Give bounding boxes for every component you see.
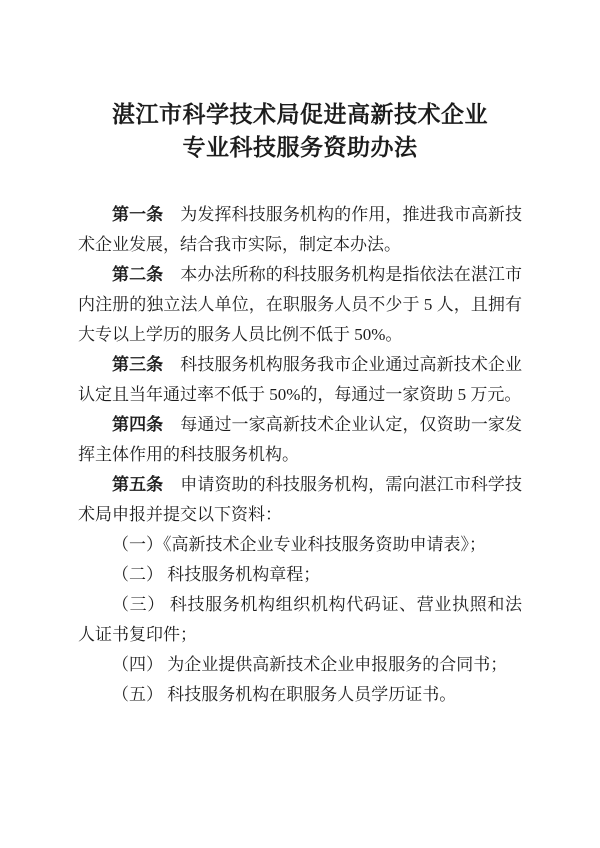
article-number-4: 第四条 bbox=[112, 415, 163, 434]
list-item-4: （四） 为企业提供高新技术企业申报服务的合同书； bbox=[78, 650, 522, 680]
article-number-2: 第二条 bbox=[112, 265, 163, 284]
article-number-1: 第一条 bbox=[112, 205, 163, 224]
list-item-1: （一）《高新技术企业专业科技服务资助申请表》； bbox=[78, 530, 522, 560]
document-page: 湛江市科学技术局促进高新技术企业 专业科技服务资助办法 第一条为发挥科技服务机构… bbox=[0, 0, 600, 848]
document-title-line-2: 专业科技服务资助办法 bbox=[78, 131, 522, 164]
article-paragraph-2: 第二条本办法所称的科技服务机构是指依法在湛江市内注册的独立法人单位，在职服务人员… bbox=[78, 260, 522, 350]
document-title-line-1: 湛江市科学技术局促进高新技术企业 bbox=[78, 98, 522, 131]
document-title: 湛江市科学技术局促进高新技术企业 专业科技服务资助办法 bbox=[78, 98, 522, 164]
article-paragraph-4: 第四条每通过一家高新技术企业认定，仅资助一家发挥主体作用的科技服务机构。 bbox=[78, 410, 522, 470]
article-paragraph-5: 第五条申请资助的科技服务机构，需向湛江市科学技术局申报并提交以下资料： bbox=[78, 470, 522, 530]
list-item-3: （三） 科技服务机构组织机构代码证、营业执照和法人证书复印件； bbox=[78, 590, 522, 650]
article-paragraph-1: 第一条为发挥科技服务机构的作用，推进我市高新技术企业发展，结合我市实际，制定本办… bbox=[78, 200, 522, 260]
document-content: 湛江市科学技术局促进高新技术企业 专业科技服务资助办法 第一条为发挥科技服务机构… bbox=[0, 0, 600, 710]
article-paragraph-3: 第三条科技服务机构服务我市企业通过高新技术企业认定且当年通过率不低于 50%的，… bbox=[78, 350, 522, 410]
article-number-3: 第三条 bbox=[112, 355, 163, 374]
list-item-2: （二） 科技服务机构章程； bbox=[78, 560, 522, 590]
article-number-5: 第五条 bbox=[112, 475, 163, 494]
list-item-5: （五） 科技服务机构在职服务人员学历证书。 bbox=[78, 680, 522, 710]
document-body: 第一条为发挥科技服务机构的作用，推进我市高新技术企业发展，结合我市实际，制定本办… bbox=[78, 200, 522, 710]
